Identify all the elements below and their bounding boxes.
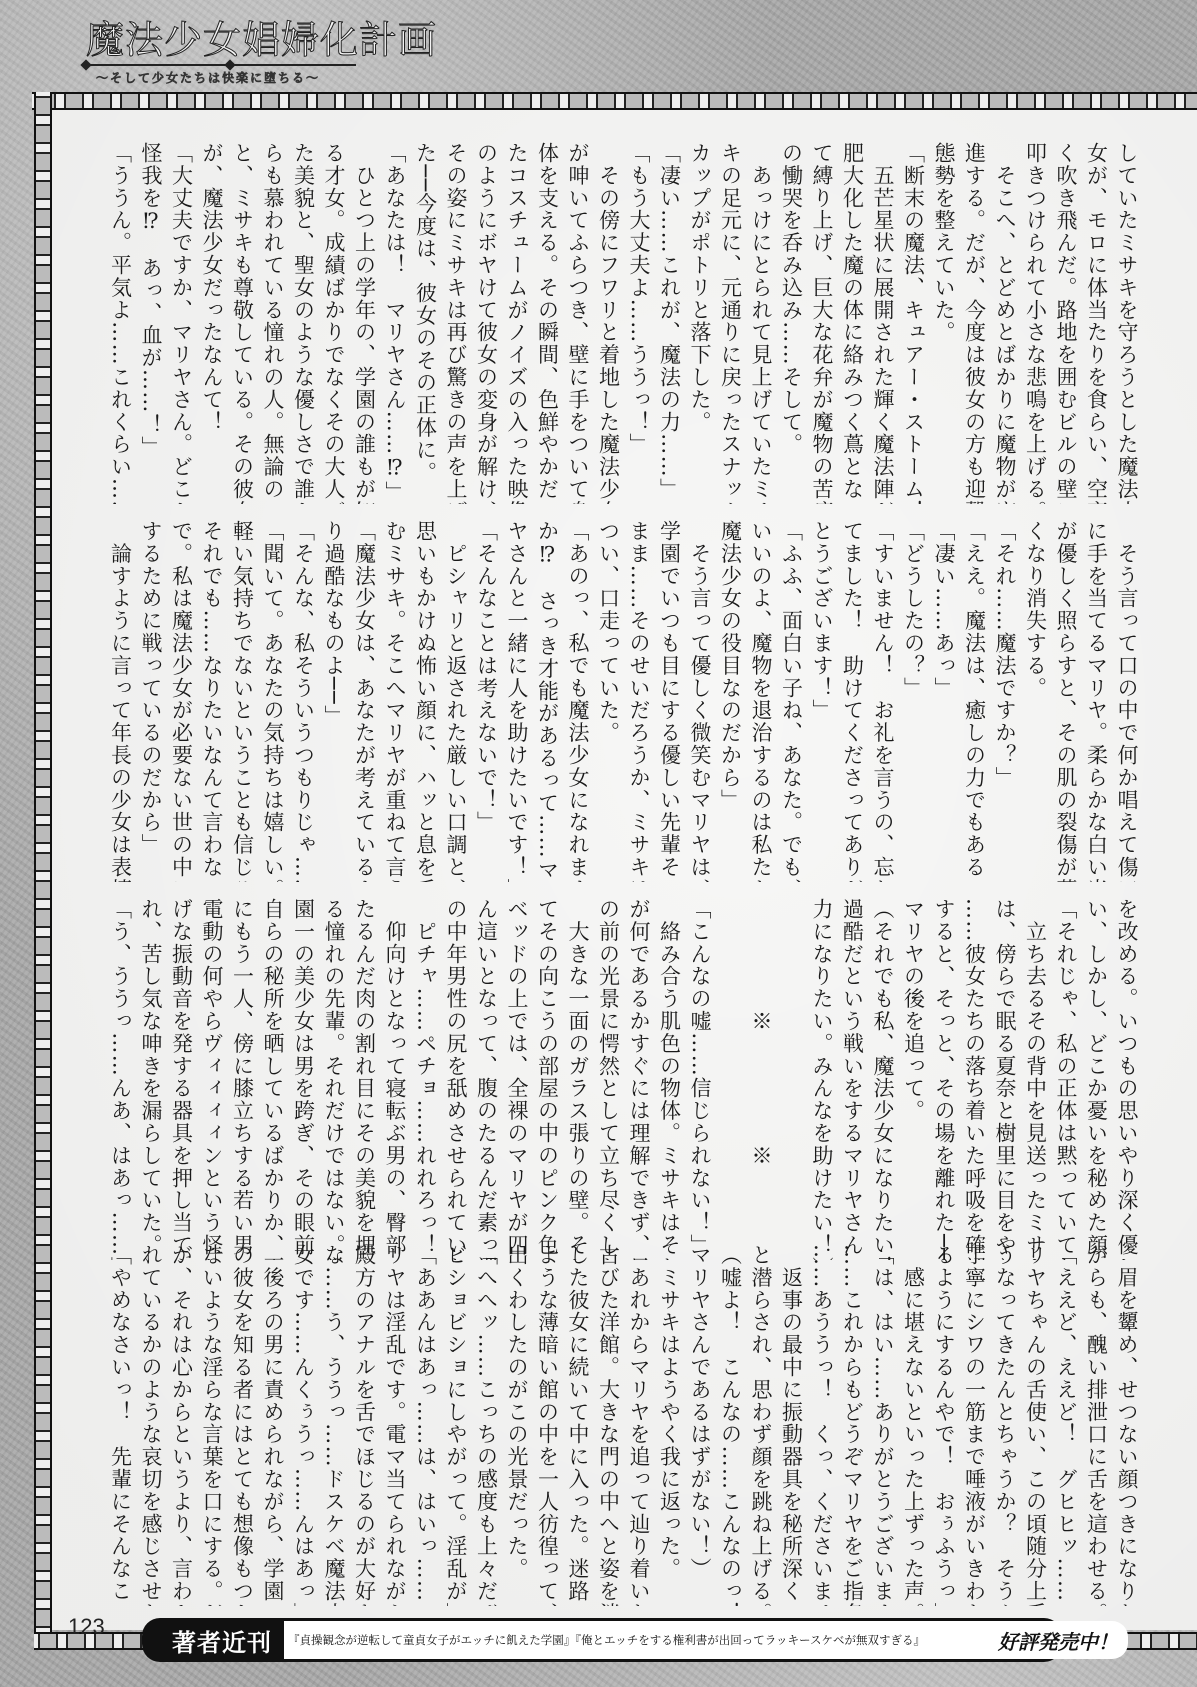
- text-line: 自らの秘所を晒しているばかりか、更: [258, 898, 289, 1260]
- text-line: 「ああんはあっ……は、はいっ……マ: [410, 1244, 441, 1606]
- text-line: ※ ※ ※: [746, 898, 777, 1260]
- text-line: するために戦っているのだから」: [136, 520, 167, 882]
- text-line: 五芒星状に展開された輝く魔法陣が: [868, 142, 899, 504]
- text-line: 「どうしたの？」: [898, 520, 929, 882]
- text-line: その傍にフワリと着地した魔法少女: [593, 142, 624, 504]
- text-line: の彼女を知る者にはとても想像もつか: [227, 1244, 258, 1606]
- text-line: 出くわしたのがこの光景だった。: [502, 1244, 533, 1606]
- banner-book-titles: 『貞操観念が逆転して童貞女子がエッチに飢えた学園』『俺とエッチをする権利書が出回…: [288, 1633, 988, 1648]
- text-line: 体を支える。その瞬間、色鮮やかだっ: [532, 142, 563, 504]
- text-line: （嘘よ！ こんなの……こんなのっ！: [715, 1244, 746, 1606]
- text-line: 「ええ。魔法は、癒しの力でもあるの」: [959, 520, 990, 882]
- text-page: していたミサキを守ろうとした魔法少女が、モロに体当たりを食らい、空高く吹き飛んだ…: [50, 110, 1197, 1630]
- text-line: に手を当てるマリヤ。柔らかな白い光: [1081, 520, 1112, 882]
- text-line: の中年男性の尻を舐めさせられていた。: [441, 898, 472, 1260]
- text-line: 「そんなことは考えないで！」: [471, 520, 502, 882]
- text-line: 叩きつけられて小さな悲鳴を上げる。: [1020, 142, 1051, 504]
- text-line: な……う、ううっ……ドスケベ魔法少: [319, 1244, 350, 1606]
- text-line: 「凄い……これが、魔法の力……」: [654, 142, 685, 504]
- text-line: 女です……んくぅうっ……んはあっ」: [288, 1244, 319, 1606]
- text-line: 「あなたは！ マリヤさん……⁉」: [380, 142, 411, 504]
- text-line: 「凄い……あっ」: [929, 520, 960, 882]
- text-line: 女が、モロに体当たりを食らい、空高: [1081, 142, 1112, 504]
- text-line: 「それじゃ、私の正体は黙っていてね」: [1051, 898, 1082, 1260]
- text-line: らも慕われている憧れの人。無論のこ: [258, 142, 289, 504]
- header: 魔法少女娼婦化計画 〜そして少女たちは快楽に堕ちる〜: [86, 18, 366, 86]
- text-line: を改める。いつもの思いやり深く優し: [1112, 898, 1143, 1260]
- text-line: 後ろの男に責められながら、学園で: [258, 1244, 289, 1606]
- text-line: る才女。成績ばかりでなくその大人び: [319, 142, 350, 504]
- text-tier-1: していたミサキを守ろうとした魔法少女が、モロに体当たりを食らい、空高く吹き飛んだ…: [72, 142, 1142, 504]
- text-tier-3: を改める。いつもの思いやり深く優しい、しかし、どこか憂いを秘めた顔に。「それじゃ…: [72, 898, 1142, 1260]
- chain-border-left: [34, 92, 52, 1632]
- text-line: る憧れの先輩。それだけではない。学: [319, 898, 350, 1260]
- text-line: むミサキ。そこへマリヤが重ねて言う。: [380, 520, 411, 882]
- text-line: が、それは心からというより、言わさ: [166, 1244, 197, 1606]
- text-line: れているかのような哀切を感じさせた。: [136, 1244, 167, 1606]
- text-line: た美貌と、聖女のような優しさで誰か: [288, 142, 319, 504]
- text-line: 「もう大丈夫よ……ううっ！」: [624, 142, 655, 504]
- text-line: 「ええど、ええど！ グヒヒッ……マ: [1051, 1244, 1082, 1606]
- text-line: 殿方のアナルを舌でほじるのが大好き: [349, 1244, 380, 1606]
- text-line: 過酷だという戦いをするマリヤさんの: [837, 898, 868, 1260]
- text-line: で。私は魔法少女が必要ない世の中に: [166, 520, 197, 882]
- text-line: ビショビショにしやがって。淫乱が」: [441, 1244, 472, 1606]
- banner-on-sale-text: 好評発売中！: [988, 1626, 1118, 1655]
- text-line: 「ううん。平気よ……これくらい……」: [105, 142, 136, 504]
- text-line: は、傍らで眠る夏奈と樹里に目をやり: [990, 898, 1021, 1260]
- text-line: マリヤさんであるはずがない！）: [685, 1244, 716, 1606]
- text-line: そう言って口の中で何か唱えて傷口: [1112, 520, 1143, 882]
- text-line: と、ミサキも尊敬している。その彼女: [227, 142, 258, 504]
- text-line: 「それ……魔法ですか？」: [990, 520, 1021, 882]
- text-line: 態勢を整えていた。: [929, 142, 960, 504]
- text-tier-2: そう言って口の中で何か唱えて傷口に手を当てるマリヤ。柔らかな白い光が優しく照らす…: [72, 520, 1142, 882]
- text-line: 「あのっ、私でも魔法少女になれます: [563, 520, 594, 882]
- text-line: が優しく照らすと、その肌の裂傷が薄: [1051, 520, 1082, 882]
- text-line: （それでも私、魔法少女になりたい！: [868, 898, 899, 1260]
- text-line: 力になりたい。みんなを助けたい！）: [807, 898, 838, 1260]
- banner-body: 『貞操観念が逆転して童貞女子がエッチに飢えた学園』『俺とエッチをする権利書が出回…: [284, 1621, 1128, 1659]
- text-line: 「へへッ……こっちの感度も上々だぜ。: [471, 1244, 502, 1606]
- text-line: たるんだ肉の割れ目にその美貌を埋め: [349, 898, 380, 1260]
- text-line: 丁寧にシワの一筋まで唾液がいきわた: [959, 1244, 990, 1606]
- text-line: 「聞いて。あなたの気持ちは嬉しい。: [258, 520, 289, 882]
- text-line: にもう一人、傍に膝立ちする若い男に、: [227, 898, 258, 1260]
- text-line: 「やめなさいっ！ 先輩にそんなこ: [105, 1244, 136, 1606]
- text-line: 園一の美少女は男を跨ぎ、その眼前に: [288, 898, 319, 1260]
- text-line: 眉を顰め、せつない顔つきになりな: [1112, 1244, 1143, 1606]
- text-line: れ、苦し気な呻きを漏らしていた。: [136, 898, 167, 1260]
- text-line: ヤさんと一緒に人を助けたいです！」: [502, 520, 533, 882]
- text-line: 「は、はい……ありがとうございます: [868, 1244, 899, 1606]
- text-line: げな振動音を発する器具を押し当てら: [166, 898, 197, 1260]
- text-line: るようにするんやで！ おぅふうっ」: [929, 1244, 960, 1606]
- text-line: 軽い気持ちでないということも信じる。: [227, 520, 258, 882]
- text-line: キの足元に、元通りに戻ったスナック: [715, 142, 746, 504]
- text-line: そこへ、とどめとばかりに魔物が突: [990, 142, 1021, 504]
- book-title: 魔法少女娼婦化計画: [86, 18, 366, 62]
- title-divider: [86, 64, 356, 66]
- text-line: くなり消失する。: [1020, 520, 1051, 882]
- text-line: ……彼女たちの落ち着いた呼吸を確認: [959, 898, 990, 1260]
- text-line: [776, 898, 807, 1260]
- text-line: てその向こうの部屋の中のピンク色の: [532, 898, 563, 1260]
- banner-label: 著者近刊: [142, 1623, 284, 1658]
- text-line: うなってきたんとちゃうか？ そうや、: [990, 1244, 1021, 1606]
- text-line: すると、そっと、その場を離れた──: [929, 898, 960, 1260]
- text-line: ないような淫らな言葉を口にする。だ: [197, 1244, 228, 1606]
- text-line: ひとつ上の学年の、学園の誰もが知: [349, 142, 380, 504]
- text-line: まま……そのせいだろうか、ミサキは: [624, 520, 655, 882]
- text-line: 「ふふ、面白い子ね、あなた。でも、: [776, 520, 807, 882]
- text-line: ピチャ……ペチョ……れれろっ！: [410, 898, 441, 1260]
- text-line: 学園でいつも目にする優しい先輩その: [654, 520, 685, 882]
- text-line: 論すように言って年長の少女は表情: [105, 520, 136, 882]
- text-line: てました！ 助けてくださってありが: [837, 520, 868, 882]
- text-line: ベッドの上では、全裸のマリヤが四つ: [502, 898, 533, 1260]
- text-line: がらも、醜い排泄口に舌を這わせる。: [1081, 1244, 1112, 1606]
- text-line: 大きな一面のガラス張りの壁。そし: [563, 898, 594, 1260]
- text-line: ピシャリと返された厳しい口調と、: [441, 520, 472, 882]
- text-line: その姿にミサキは再び驚きの声を上げ: [441, 142, 472, 504]
- text-line: 思いもかけぬ怖い顔に、ハッと息を呑: [410, 520, 441, 882]
- text-line: [715, 898, 746, 1260]
- text-line: 仰向けとなって寝転ぶ男の、臀部の: [380, 898, 411, 1260]
- text-line: カップがポトリと落下した。: [685, 142, 716, 504]
- text-line: あれからマリヤを追って辿り着いた: [624, 1244, 655, 1606]
- text-line: と潜らされ、思わず顔を跳ね上げる。: [746, 1244, 777, 1606]
- text-line: 「そんな、私そういうつもりじゃ……」: [288, 520, 319, 882]
- text-line: のようにボヤけて彼女の変身が解け、: [471, 142, 502, 504]
- text-line: の慟哭を呑み込み……そして。: [776, 142, 807, 504]
- text-line: それでも……なりたいなんて言わない: [197, 520, 228, 882]
- text-line: が呻いてふらつき、壁に手をついて身: [563, 142, 594, 504]
- text-line: とうございます！」: [807, 520, 838, 882]
- text-line: あっけにとられて見上げていたミサ: [746, 142, 777, 504]
- text-line: 肥大化した魔の体に絡みつく蔦となっ: [837, 142, 868, 504]
- chain-border-top: [32, 92, 1197, 110]
- text-tier-4: 眉を顰め、せつない顔つきになりながらも、醜い排泄口に舌を這わせる。「ええど、ええ…: [72, 1244, 1142, 1606]
- text-line: ……あううっ！ くっ、くださいませ」: [807, 1244, 838, 1606]
- text-line: リヤは淫乱です。電マ当てられながら: [380, 1244, 411, 1606]
- text-line: していたミサキを守ろうとした魔法少: [1112, 142, 1143, 504]
- text-line: ……これからもどうぞマリヤをご指名: [837, 1244, 868, 1606]
- text-line: く吹き飛んだ。路地を囲むビルの壁に: [1051, 142, 1082, 504]
- text-line: ん這いとなって、腹のたるんだ素っ裸: [471, 898, 502, 1260]
- text-line: か⁉ さっき才能があるって……マリ: [532, 520, 563, 882]
- text-line: つい、口走っていた。: [593, 520, 624, 882]
- text-line: そう言って優しく微笑むマリヤは、: [685, 520, 716, 882]
- text-line: 立ち去るその背中を見送ったミサキ: [1020, 898, 1051, 1260]
- text-line: いいのよ、魔物を退治するのは私たち: [746, 520, 777, 882]
- text-line: たコスチュームがノイズの入った映像: [502, 142, 533, 504]
- page-number: 123: [68, 1614, 105, 1640]
- text-line: 進する。だが、今度は彼女の方も迎撃: [959, 142, 990, 504]
- text-line: 「大丈夫ですか、マリヤさん。どこか: [166, 142, 197, 504]
- text-line: 「断末の魔法、キュアー・ストーム！」: [898, 142, 929, 504]
- text-line: い、しかし、どこか憂いを秘めた顔に。: [1081, 898, 1112, 1260]
- book-subtitle: 〜そして少女たちは快楽に堕ちる〜: [86, 69, 366, 86]
- text-line: 絡み合う肌色の物体。ミサキはそれ: [654, 898, 685, 1260]
- author-new-releases-banner: 著者近刊 『貞操観念が逆転して童貞女子がエッチに飢えた学園』『俺とエッチをする権…: [142, 1618, 1062, 1662]
- text-line: て縛り上げ、巨大な花弁が魔物の苦痛: [807, 142, 838, 504]
- text-line: 「すいません！ お礼を言うの、忘れ: [868, 520, 899, 882]
- text-line: が何であるかすぐには理解できず、目: [624, 898, 655, 1260]
- text-line: の前の光景に愕然として立ち尽くした。: [593, 898, 624, 1260]
- text-line: り過酷なものよ──」: [319, 520, 350, 882]
- text-line: 電動の何やらヴィィィィンという怪し: [197, 898, 228, 1260]
- text-line: 返事の最中に振動器具を秘所深くへ: [776, 1244, 807, 1606]
- text-line: 感に堪えないといった上ずった声。: [898, 1244, 929, 1606]
- text-line: た──今度は、彼女のその正体に。: [410, 142, 441, 504]
- text-line: ような薄暗い館の中を一人彷徨って、: [532, 1244, 563, 1606]
- text-line: 「う、ううっ……んあ、はあっ……」: [105, 898, 136, 1260]
- text-line: ミサキはようやく我に返った。: [654, 1244, 685, 1606]
- text-line: リヤちゃんの舌使い、この頃随分上手: [1020, 1244, 1051, 1606]
- text-line: 怪我を⁉ あっ、血が……！」: [136, 142, 167, 504]
- text-line: マリヤの後を追って。: [898, 898, 929, 1260]
- text-line: 「こんなの嘘……信じられない！」: [685, 898, 716, 1260]
- text-line: 古びた洋館。大きな門の中へと姿を消: [593, 1244, 624, 1606]
- text-line: 魔法少女の役目なのだから」: [715, 520, 746, 882]
- text-line: 「魔法少女は、あなたが考えているよ: [349, 520, 380, 882]
- text-line: した彼女に続いて中に入った。迷路の: [563, 1244, 594, 1606]
- text-line: が、魔法少女だったなんて！: [197, 142, 228, 504]
